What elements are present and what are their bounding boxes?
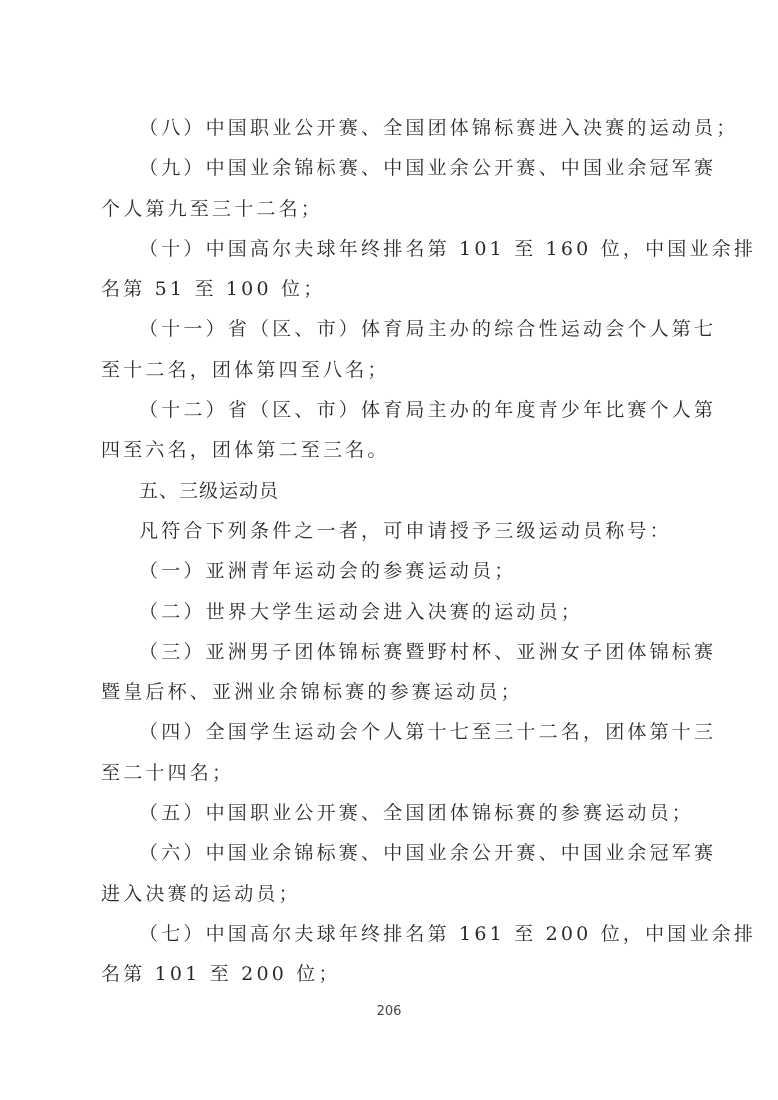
text-line-item-10-cont: 名第 51 至 100 位；: [101, 269, 681, 309]
page-number: 206: [0, 1004, 778, 1019]
text-line-intro: 凡符合下列条件之一者，可申请授予三级运动员称号：: [101, 511, 681, 551]
text-line-item-7-cont: 名第 101 至 200 位；: [101, 954, 681, 994]
text-line-item-12-cont: 四至六名，团体第二至三名。: [101, 430, 681, 470]
text-line-item-4: （四）全国学生运动会个人第十七至三十二名，团体第十三: [101, 712, 681, 752]
text-line-item-3-cont: 暨皇后杯、亚洲业余锦标赛的参赛运动员；: [101, 672, 681, 712]
text-line-item-9-cont: 个人第九至三十二名；: [101, 189, 681, 229]
document-page: （八）中国职业公开赛、全国团体锦标赛进入决赛的运动员； （九）中国业余锦标赛、中…: [0, 0, 778, 1100]
text-line-item-1: （一）亚洲青年运动会的参赛运动员；: [101, 551, 681, 591]
text-line-item-9: （九）中国业余锦标赛、中国业余公开赛、中国业余冠军赛: [101, 148, 681, 188]
text-line-item-2: （二）世界大学生运动会进入决赛的运动员；: [101, 592, 681, 632]
text-line-item-11-cont: 至十二名，团体第四至八名；: [101, 350, 681, 390]
text-line-item-11: （十一）省（区、市）体育局主办的综合性运动会个人第七: [101, 309, 681, 349]
section-heading-third-class: 五、三级运动员: [101, 471, 681, 511]
text-line-item-5: （五）中国职业公开赛、全国团体锦标赛的参赛运动员；: [101, 793, 681, 833]
text-line-item-12: （十二）省（区、市）体育局主办的年度青少年比赛个人第: [101, 390, 681, 430]
text-line-item-7: （七）中国高尔夫球年终排名第 161 至 200 位，中国业余排: [101, 914, 681, 954]
body-text: （八）中国职业公开赛、全国团体锦标赛进入决赛的运动员； （九）中国业余锦标赛、中…: [101, 108, 681, 995]
text-line-item-3: （三）亚洲男子团体锦标赛暨野村杯、亚洲女子团体锦标赛: [101, 632, 681, 672]
text-line-item-8: （八）中国职业公开赛、全国团体锦标赛进入决赛的运动员；: [101, 108, 681, 148]
text-line-item-4-cont: 至二十四名；: [101, 753, 681, 793]
text-line-item-6-cont: 进入决赛的运动员；: [101, 874, 681, 914]
text-line-item-10: （十）中国高尔夫球年终排名第 101 至 160 位，中国业余排: [101, 229, 681, 269]
text-line-item-6: （六）中国业余锦标赛、中国业余公开赛、中国业余冠军赛: [101, 833, 681, 873]
